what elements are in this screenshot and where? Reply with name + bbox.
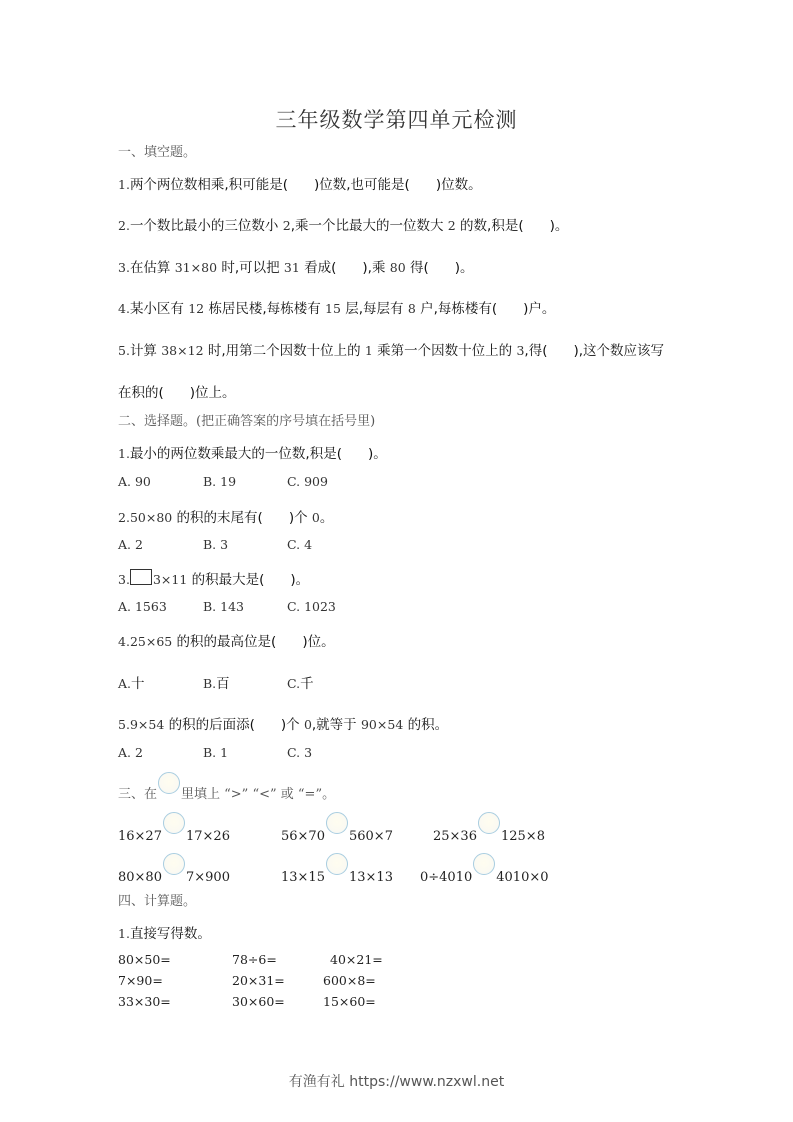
number: 0 bbox=[304, 717, 312, 732]
compare-right: 13×13 bbox=[349, 870, 393, 885]
fill-question-4: 4.某小区有 12 栋居民楼,每栋楼有 15 层,每层有 8 户,每栋楼有()户… bbox=[118, 297, 555, 317]
question-text: 在积的( bbox=[118, 385, 164, 401]
choice-option-b[interactable]: B.百 bbox=[203, 672, 230, 692]
compare-item: 16×2717×26 bbox=[118, 820, 230, 844]
fill-question-5: 5.计算 38×12 时,用第二个因数十位上的 1 乘第一个因数十位上的 3,得… bbox=[118, 339, 664, 359]
compare-circle-input[interactable] bbox=[326, 812, 348, 834]
blank-box[interactable] bbox=[130, 569, 152, 585]
section-choice-heading: 二、选择题。(把正确答案的序号填在括号里) bbox=[118, 410, 375, 429]
question-text: )位。 bbox=[302, 634, 334, 650]
option-letter: C. bbox=[287, 676, 300, 691]
calc-item: 7×90= bbox=[118, 973, 163, 988]
question-text: 看成( bbox=[304, 260, 336, 276]
question-number: 1. bbox=[118, 926, 130, 941]
question-text: 栋居民楼,每栋楼有 bbox=[208, 301, 320, 317]
question-text: )位数,也可能是( bbox=[314, 177, 410, 193]
fill-question-1: 1.两个两位数相乘,积可能是()位数,也可能是()位数。 bbox=[118, 173, 482, 193]
choice-option-a[interactable]: A. 2 bbox=[118, 537, 143, 552]
question-number: 1. bbox=[118, 177, 130, 192]
compare-right: 17×26 bbox=[186, 829, 230, 844]
choice-question-1: 1.最小的两位数乘最大的一位数,积是()。 bbox=[118, 442, 387, 462]
number: 80 bbox=[390, 260, 406, 275]
question-text: 时,用第二个因数十位上的 bbox=[208, 343, 361, 359]
question-text: )户。 bbox=[523, 301, 555, 317]
calc-item: 78÷6= bbox=[232, 952, 277, 967]
question-text: 的积的末尾有( bbox=[177, 510, 263, 526]
choice-option-c[interactable]: C.千 bbox=[287, 672, 314, 692]
choice-question-3: 3.3×11 的积最大是()。 bbox=[118, 568, 309, 588]
option-text: 千 bbox=[300, 676, 314, 692]
question-text: ,得( bbox=[524, 343, 547, 359]
fill-question-2: 2.一个数比最小的三位数小 2,乘一个比最大的一位数大 2 的数,积是()。 bbox=[118, 214, 568, 234]
choice-option-c[interactable]: C. 909 bbox=[287, 474, 328, 489]
fill-question-3: 3.在估算 31×80 时,可以把 31 看成(),乘 80 得()。 bbox=[118, 256, 474, 276]
question-text: 户,每栋楼有( bbox=[420, 301, 497, 317]
choice-option-c[interactable]: C. 4 bbox=[287, 537, 312, 552]
choice-option-a[interactable]: A. 90 bbox=[118, 474, 151, 489]
question-text: 最小的两位数乘最大的一位数,积是( bbox=[130, 446, 342, 462]
compare-circle-input[interactable] bbox=[473, 853, 495, 875]
compare-left: 13×15 bbox=[281, 870, 325, 885]
question-text: 直接写得数。 bbox=[130, 926, 211, 942]
choice-question-5: 5.9×54 的积的后面添()个 0,就等于 90×54 的积。 bbox=[118, 713, 448, 733]
calc-item: 30×60= bbox=[232, 994, 285, 1009]
number: 31×80 bbox=[175, 260, 217, 275]
question-text: 层,每层有 bbox=[345, 301, 403, 317]
question-text: 两个两位数相乘,积可能是( bbox=[130, 177, 288, 193]
choice-option-b[interactable]: B. 3 bbox=[203, 537, 228, 552]
number: 12 bbox=[188, 301, 204, 316]
question-text: )。 bbox=[455, 260, 474, 276]
circle-icon bbox=[158, 772, 180, 794]
question-text: )个 bbox=[289, 510, 308, 526]
question-text: )位数。 bbox=[436, 177, 482, 193]
heading-text: 三、在 bbox=[118, 787, 157, 802]
choice-option-b[interactable]: B. 1 bbox=[203, 745, 228, 760]
question-text: )位上。 bbox=[190, 385, 236, 401]
question-text: 计算 bbox=[130, 343, 157, 359]
choice-question-2: 2.50×80 的积的末尾有()个 0。 bbox=[118, 506, 333, 526]
compare-item: 13×1513×13 bbox=[281, 861, 393, 885]
option-letter: B. bbox=[203, 676, 216, 691]
question-text: )。 bbox=[550, 218, 569, 234]
section-compare-heading: 三、在里填上 “>” “<” 或 “=”。 bbox=[118, 778, 335, 802]
expression: 3×11 bbox=[153, 572, 187, 587]
choice-option-c[interactable]: C. 3 bbox=[287, 745, 312, 760]
number: 31 bbox=[284, 260, 300, 275]
question-number: 3. bbox=[118, 572, 130, 587]
compare-circle-input[interactable] bbox=[326, 853, 348, 875]
expression: 9×54 bbox=[130, 717, 164, 732]
compare-left: 80×80 bbox=[118, 870, 162, 885]
choice-question-4: 4.25×65 的积的最高位是()位。 bbox=[118, 630, 335, 650]
question-number: 2. bbox=[118, 510, 130, 525]
compare-right: 125×8 bbox=[501, 829, 545, 844]
number: 0 bbox=[312, 510, 320, 525]
question-text: 时,可以把 bbox=[221, 260, 279, 276]
compare-circle-input[interactable] bbox=[478, 812, 500, 834]
compare-item: 0÷40104010×0 bbox=[420, 861, 549, 885]
question-text: )。 bbox=[290, 572, 309, 588]
option-text: 十 bbox=[131, 676, 145, 692]
question-text: 的积的后面添( bbox=[169, 717, 255, 733]
compare-item: 25×36125×8 bbox=[433, 820, 545, 844]
choice-option-a[interactable]: A. 1563 bbox=[118, 599, 167, 614]
expression: 50×80 bbox=[130, 510, 172, 525]
number: 15 bbox=[325, 301, 341, 316]
compare-right: 560×7 bbox=[349, 829, 393, 844]
calc-item: 80×50= bbox=[118, 952, 171, 967]
compare-circle-input[interactable] bbox=[163, 853, 185, 875]
question-number: 4. bbox=[118, 301, 130, 316]
question-number: 1. bbox=[118, 446, 130, 461]
compare-right: 4010×0 bbox=[496, 870, 548, 885]
question-number: 5. bbox=[118, 343, 130, 358]
compare-circle-input[interactable] bbox=[163, 812, 185, 834]
choice-option-b[interactable]: B. 19 bbox=[203, 474, 236, 489]
question-number: 2. bbox=[118, 218, 130, 233]
number: 38×12 bbox=[161, 343, 203, 358]
footer-watermark: 有渔有礼 https://www.nzxwl.net bbox=[0, 1071, 793, 1091]
section-fill-heading: 一、填空题。 bbox=[118, 141, 196, 160]
question-number: 4. bbox=[118, 634, 130, 649]
option-letter: A. bbox=[118, 676, 131, 691]
question-number: 3. bbox=[118, 260, 130, 275]
section-calc-heading: 四、计算题。 bbox=[118, 890, 196, 909]
question-text: )。 bbox=[368, 446, 387, 462]
question-text: 在估算 bbox=[130, 260, 171, 276]
compare-item: 56×70560×7 bbox=[281, 820, 393, 844]
expression: 90×54 bbox=[361, 717, 403, 732]
question-text: 某小区有 bbox=[130, 301, 184, 317]
question-text: )个 bbox=[281, 717, 300, 733]
question-text: ),这个数应该写 bbox=[573, 343, 664, 359]
compare-right: 7×900 bbox=[186, 870, 230, 885]
compare-item: 80×807×900 bbox=[118, 861, 230, 885]
number: 2 bbox=[283, 218, 291, 233]
calc-item: 20×31= bbox=[232, 973, 285, 988]
choice-option-a[interactable]: A. 2 bbox=[118, 745, 143, 760]
question-text: 的数,积是( bbox=[460, 218, 524, 234]
question-text: 乘第一个因数十位上的 bbox=[377, 343, 512, 359]
compare-left: 25×36 bbox=[433, 829, 477, 844]
compare-left: 16×27 bbox=[118, 829, 162, 844]
calc-item: 15×60= bbox=[323, 994, 376, 1009]
compare-left: 56×70 bbox=[281, 829, 325, 844]
calc-item: 33×30= bbox=[118, 994, 171, 1009]
choice-option-b[interactable]: B. 143 bbox=[203, 599, 244, 614]
question-text: 的积。 bbox=[408, 717, 449, 733]
calc-subheading: 1.直接写得数。 bbox=[118, 922, 211, 942]
compare-left: 0÷4010 bbox=[420, 870, 472, 885]
question-text: ),乘 bbox=[362, 260, 385, 276]
choice-option-a[interactable]: A.十 bbox=[118, 672, 145, 692]
expression: 25×65 bbox=[130, 634, 172, 649]
calc-item: 600×8= bbox=[323, 973, 376, 988]
question-text: 的积最大是( bbox=[192, 572, 265, 588]
option-text: 百 bbox=[216, 676, 230, 692]
page-title: 三年级数学第四单元检测 bbox=[0, 104, 793, 134]
heading-text: 里填上 “>” “<” 或 “=”。 bbox=[181, 787, 335, 802]
question-text: 的积的最高位是( bbox=[177, 634, 277, 650]
question-text: ,就等于 bbox=[312, 717, 357, 733]
number: 8 bbox=[408, 301, 416, 316]
question-text: ,乘一个比最大的一位数大 bbox=[291, 218, 444, 234]
question-text: 得( bbox=[410, 260, 429, 276]
number: 2 bbox=[448, 218, 456, 233]
question-number: 5. bbox=[118, 717, 130, 732]
fill-question-5-line2: 在积的()位上。 bbox=[118, 381, 236, 401]
choice-option-c[interactable]: C. 1023 bbox=[287, 599, 336, 614]
question-text: 一个数比最小的三位数小 bbox=[130, 218, 279, 234]
question-text: 。 bbox=[320, 510, 334, 526]
calc-item: 40×21= bbox=[330, 952, 383, 967]
number: 1 bbox=[365, 343, 373, 358]
